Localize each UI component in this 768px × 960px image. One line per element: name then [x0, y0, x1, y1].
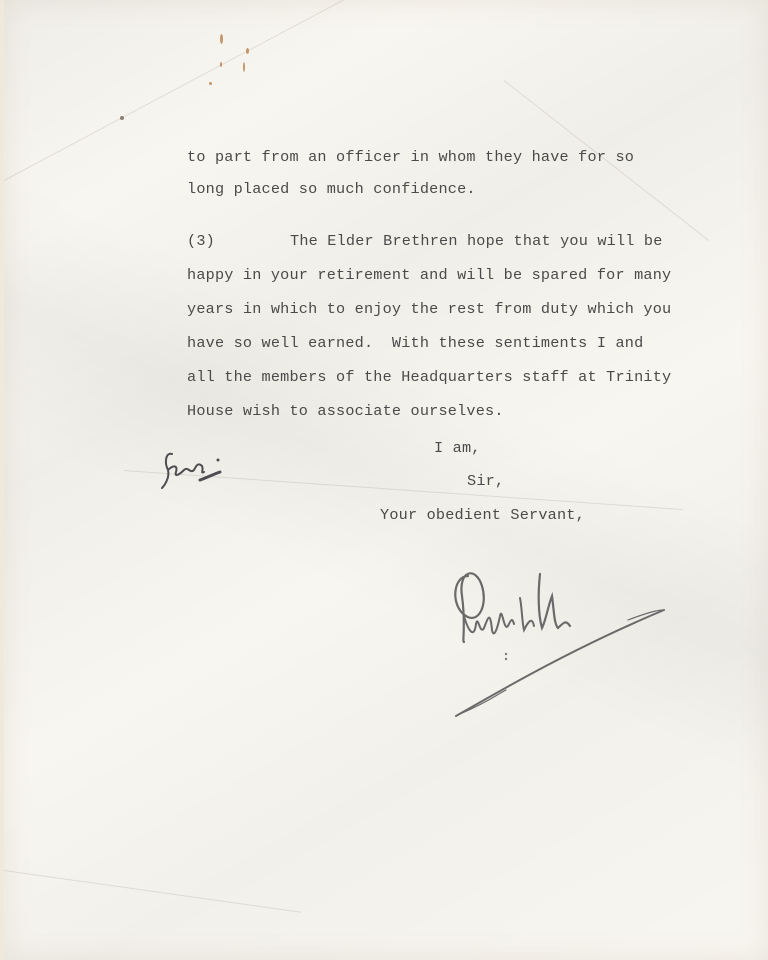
- letter-page: [4, 0, 768, 960]
- signature: [448, 556, 678, 726]
- closing-salutation: Sir,: [467, 474, 504, 489]
- handwritten-initials: [160, 444, 230, 494]
- rust-stain: [220, 62, 222, 67]
- body-text-line: The Elder Brethren hope that you will be: [290, 234, 663, 249]
- closing-i-am: I am,: [434, 441, 481, 456]
- rust-stain: [209, 82, 212, 85]
- closing-valediction: Your obedient Servant,: [380, 508, 585, 523]
- rust-stain: [246, 48, 249, 54]
- paper-crease: [4, 870, 301, 913]
- body-text-line: House wish to associate ourselves.: [187, 404, 504, 419]
- rust-stain: [243, 62, 245, 72]
- body-text-line: years in which to enjoy the rest from du…: [187, 302, 671, 317]
- body-text-line: to part from an officer in whom they hav…: [187, 150, 634, 165]
- body-text-line: long placed so much confidence.: [187, 182, 476, 197]
- body-text-line: all the members of the Headquarters staf…: [187, 370, 671, 385]
- body-text-line: happy in your retirement and will be spa…: [187, 268, 671, 283]
- rust-stain: [220, 34, 223, 44]
- paragraph-number: (3): [187, 234, 215, 249]
- ink-dot: [120, 116, 124, 120]
- body-text-line: have so well earned. With these sentimen…: [187, 336, 643, 351]
